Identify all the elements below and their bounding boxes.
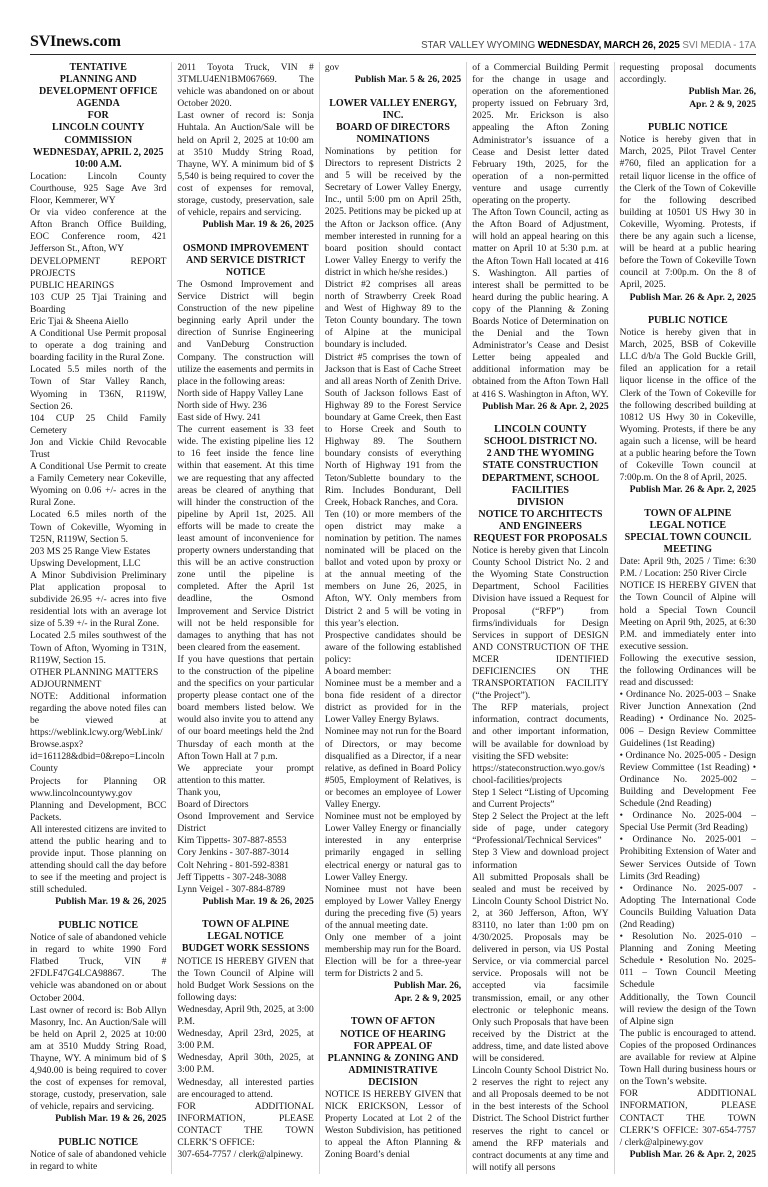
notice-paragraph: FOR ADDITIONAL INFORMATION, PLEASE CONTA… [177,1101,313,1149]
notice-paragraph: Nominee may not run for the Board of Dir… [325,726,461,811]
notice-paragraph: gov [325,62,461,74]
notice-paragraph: Nominee must not have been employed by L… [325,884,461,932]
notice-heading: PUBLIC NOTICE [620,315,756,327]
publish-line: Publish Mar. 26 & Apr. 2, 2025 [472,401,608,414]
notice-paragraph: Nominee must not be employed by Lower Va… [325,811,461,884]
notice-heading: PUBLIC NOTICE [620,122,756,134]
notice-paragraph: North side of Happy Valley Lane [177,388,313,400]
notice-paragraph: The public is encouraged to attend. Copi… [620,1028,756,1088]
notice-paragraph: Following the executive session, the fol… [620,653,756,689]
notice-paragraph: Lynn Veigel - 307-884-8789 [177,884,313,896]
notice-paragraph: Located 5.5 miles north of the Town of S… [30,364,166,412]
notice-heading: TENTATIVE PLANNING AND DEVELOPMENT OFFIC… [30,62,166,171]
notice-paragraph: A Minor Subdivision Preliminary Plat app… [30,570,166,630]
notice-heading: TOWN OF ALPINE LEGAL NOTICE BUDGET WORK … [177,919,313,955]
notice-paragraph: https://stateconstruction.wyo.gov/school… [472,763,608,787]
notice-paragraph: • Ordinance No. 2025-004 – Special Use P… [620,810,756,834]
notice-paragraph: District #5 comprises the town of Jackso… [325,352,461,509]
header-date: WEDNESDAY, MARCH 26, 2025 [538,40,680,51]
notice-paragraph: Wednesday, April 23rd, 2025, at 3:00 P.M… [177,1028,313,1052]
notice-paragraph: Ten (10) or more members of the open dis… [325,509,461,630]
notice-paragraph: The Osmond Improvement and Service Distr… [177,279,313,388]
notice-paragraph: Step 1 Select “Listing of Upcoming and C… [472,787,608,811]
notice-paragraph: The Afton Town Council, acting as the Af… [472,207,608,401]
notice-paragraph: DEVELOPMENT REPORT PROJECTS [30,256,166,280]
notice-paragraph: • Ordinance No. 2025-001 – Prohibiting E… [620,834,756,882]
notice-paragraph: PUBLIC HEARINGS [30,280,166,292]
notice-paragraph: The current easement is 33 feet wide. Th… [177,424,313,654]
publish-line: Publish Mar. 26 & Apr. 2, 2025 [620,484,756,497]
news-column: of a Commercial Building Permit for the … [466,62,613,1174]
notice-paragraph: Nominations by petition for Directors to… [325,146,461,279]
notice-heading: TOWN OF AFTON NOTICE OF HEARING FOR APPE… [325,1016,461,1089]
notice-paragraph: OTHER PLANNING MATTERS [30,667,166,679]
notice-paragraph: Cory Jenkins - 307-887-3014 [177,847,313,859]
notice-paragraph: Date: April 9th, 2025 / Time: 6:30 P.M. … [620,556,756,580]
notice-paragraph: Thank you, [177,787,313,799]
notice-paragraph: • Ordinance No. 2025-005 - Design Review… [620,750,756,810]
notice-paragraph: North side of Hwy. 236 [177,400,313,412]
notice-paragraph: Additionally, the Town Council will revi… [620,992,756,1028]
notice-paragraph: Colt Nehring - 801-592-8381 [177,860,313,872]
notice-paragraph: Step 3 View and download project informa… [472,847,608,871]
notice-paragraph: Last owner of record is: Bob Allyn Mason… [30,1005,166,1114]
notice-paragraph: Notice is hereby given that in March, 20… [620,327,756,484]
notice-heading: PUBLIC NOTICE [30,1137,166,1149]
header-page-number: SVI MEDIA - 17A [682,40,756,51]
notice-paragraph: All interested citizens are invited to a… [30,824,166,897]
notice-paragraph: Location: Lincoln County Courthouse, 925… [30,171,166,207]
publish-line: Publish Mar. 19 & 26, 2025 [177,219,313,232]
notice-paragraph: Step 2 Select the Project at the left si… [472,811,608,847]
notice-paragraph: If you have questions that pertain to th… [177,654,313,763]
notice-paragraph: A Conditional Use Permit to create a Fam… [30,461,166,509]
notice-paragraph: NOTICE IS HEREBY GIVEN that NICK ERICKSO… [325,1089,461,1162]
notice-paragraph: 2011 Toyota Truck, VIN # 3TMLU4EN1BM0676… [177,62,313,110]
publish-line: Publish Mar. 19 & 26, 2025 [30,896,166,909]
publish-line: Publish Mar. 26 & Apr. 2, 2025 [620,1149,756,1162]
notice-paragraph: Lincoln County School District No. 2 res… [472,1065,608,1174]
news-column: 2011 Toyota Truck, VIN # 3TMLU4EN1BM0676… [171,62,318,1174]
notice-paragraph: Kim Tippetts- 307-887-8553 [177,835,313,847]
notice-paragraph: Jeff Tippetts - 307-248-3088 [177,872,313,884]
notice-paragraph: NOTICE IS HEREBY GIVEN that the Town Cou… [620,580,756,653]
notice-paragraph: Board of Directors [177,799,313,811]
notice-paragraph: Eric Tjai & Sheena Aiello [30,316,166,328]
notice-paragraph: Projects for Planning OR www.lincolncoun… [30,776,166,824]
notice-paragraph: Prospective candidates should be aware o… [325,630,461,666]
notice-paragraph: Notice is hereby given that in March, 20… [620,134,756,291]
news-column: govPublish Mar. 5 & 26, 2025LOWER VALLEY… [319,62,466,1174]
notice-paragraph: FOR ADDITIONAL INFORMATION, PLEASE CONTA… [620,1088,756,1148]
publish-line: Publish Mar. 19 & 26, 2025 [177,896,313,909]
notice-paragraph: Upswing Development, LLC [30,558,166,570]
notice-paragraph: East side of Hwy. 241 [177,412,313,424]
publish-line: Publish Mar. 26 & Apr. 2, 2025 [620,292,756,305]
notice-heading: OSMOND IMPROVEMENT AND SERVICE DISTRICT … [177,243,313,279]
notice-paragraph: A Conditional Use Permit proposal to ope… [30,328,166,364]
header-location: STAR VALLEY WYOMING [421,40,535,51]
notice-paragraph: Notice of sale of abandoned vehicle in r… [30,932,166,1005]
notice-paragraph: requesting proposal documents accordingl… [620,62,756,86]
notice-paragraph: Jon and Vickie Child Revocable Trust [30,437,166,461]
publish-line: Publish Mar. 19 & 26, 2025 [30,1113,166,1126]
notice-heading: TOWN OF ALPINE LEGAL NOTICE SPECIAL TOWN… [620,508,756,556]
notice-paragraph: 103 CUP 25 Tjai Training and Boarding [30,292,166,316]
notice-paragraph: ADJOURNMENT [30,679,166,691]
notice-heading: LINCOLN COUNTY SCHOOL DISTRICT NO. 2 AND… [472,424,608,545]
notice-paragraph: Notice of sale of abandoned vehicle in r… [30,1149,166,1173]
notice-paragraph: 203 MS 25 Range View Estates [30,546,166,558]
masthead-title: SVInews.com [30,33,121,51]
notice-paragraph: Wednesday, April 30th, 2025, at 3:00 P.M… [177,1052,313,1076]
notice-paragraph: Wednesday, all interested parties are en… [177,1077,313,1101]
notice-paragraph: of a Commercial Building Permit for the … [472,62,608,207]
notice-heading: LOWER VALLEY ENERGY, INC. BOARD OF DIREC… [325,98,461,146]
notice-paragraph: Located 2.5 miles southwest of the Town … [30,630,166,666]
notice-paragraph: Election will be for a three-year term f… [325,956,461,980]
notice-paragraph: A board member: [325,666,461,678]
newspaper-page: SVInews.com STAR VALLEY WYOMING WEDNESDA… [0,0,768,1187]
publish-line: Publish Mar. 26, Apr. 2 & 9, 2025 [620,86,756,111]
notice-paragraph: NOTE: Additional information regarding t… [30,691,166,776]
notice-paragraph: The RFP materials, project information, … [472,702,608,762]
notice-paragraph: NOTICE IS HEREBY GIVEN that the Town Cou… [177,956,313,1004]
notice-paragraph: 307-654-7757 / clerk@alpinewy. [177,1149,313,1161]
notice-paragraph: 104 CUP 25 Child Family Cemetery [30,413,166,437]
notice-paragraph: District #2 comprises all areas north of… [325,279,461,352]
publish-line: Publish Mar. 26, Apr. 2 & 9, 2025 [325,980,461,1005]
header-dateline: STAR VALLEY WYOMING WEDNESDAY, MARCH 26,… [421,40,756,51]
notice-paragraph: Last owner of record is: Sonja Huhtala. … [177,110,313,219]
notice-paragraph: Located 6.5 miles north of the Town of C… [30,509,166,545]
notice-paragraph: Wednesday, April 9th, 2025, at 3:00 P.M. [177,1004,313,1028]
notice-paragraph: Only one member of a joint membership ma… [325,932,461,956]
notice-paragraph: We appreciate your prompt attention to t… [177,763,313,787]
notice-paragraph: Osond Improvement and Service District [177,811,313,835]
notice-paragraph: Nominee must be a member and a bona fide… [325,678,461,726]
notice-paragraph: • Ordinance No. 2025-003 – Snake River J… [620,689,756,749]
notice-paragraph: • Resolution No. 2025-010 – Planning and… [620,931,756,991]
columns: TENTATIVE PLANNING AND DEVELOPMENT OFFIC… [30,62,756,1174]
notice-paragraph: All submitted Proposals shall be sealed … [472,872,608,1066]
page-header: SVInews.com STAR VALLEY WYOMING WEDNESDA… [30,33,756,55]
news-column: TENTATIVE PLANNING AND DEVELOPMENT OFFIC… [30,62,171,1174]
publish-line: Publish Mar. 5 & 26, 2025 [325,74,461,87]
notice-paragraph: Notice is hereby given that Lincoln Coun… [472,545,608,702]
notice-paragraph: Or via video conference at the Afton Bra… [30,207,166,255]
news-column: requesting proposal documents accordingl… [614,62,756,1174]
notice-paragraph: • Ordinance No. 2025-007 - Adopting The … [620,883,756,931]
notice-heading: PUBLIC NOTICE [30,920,166,932]
